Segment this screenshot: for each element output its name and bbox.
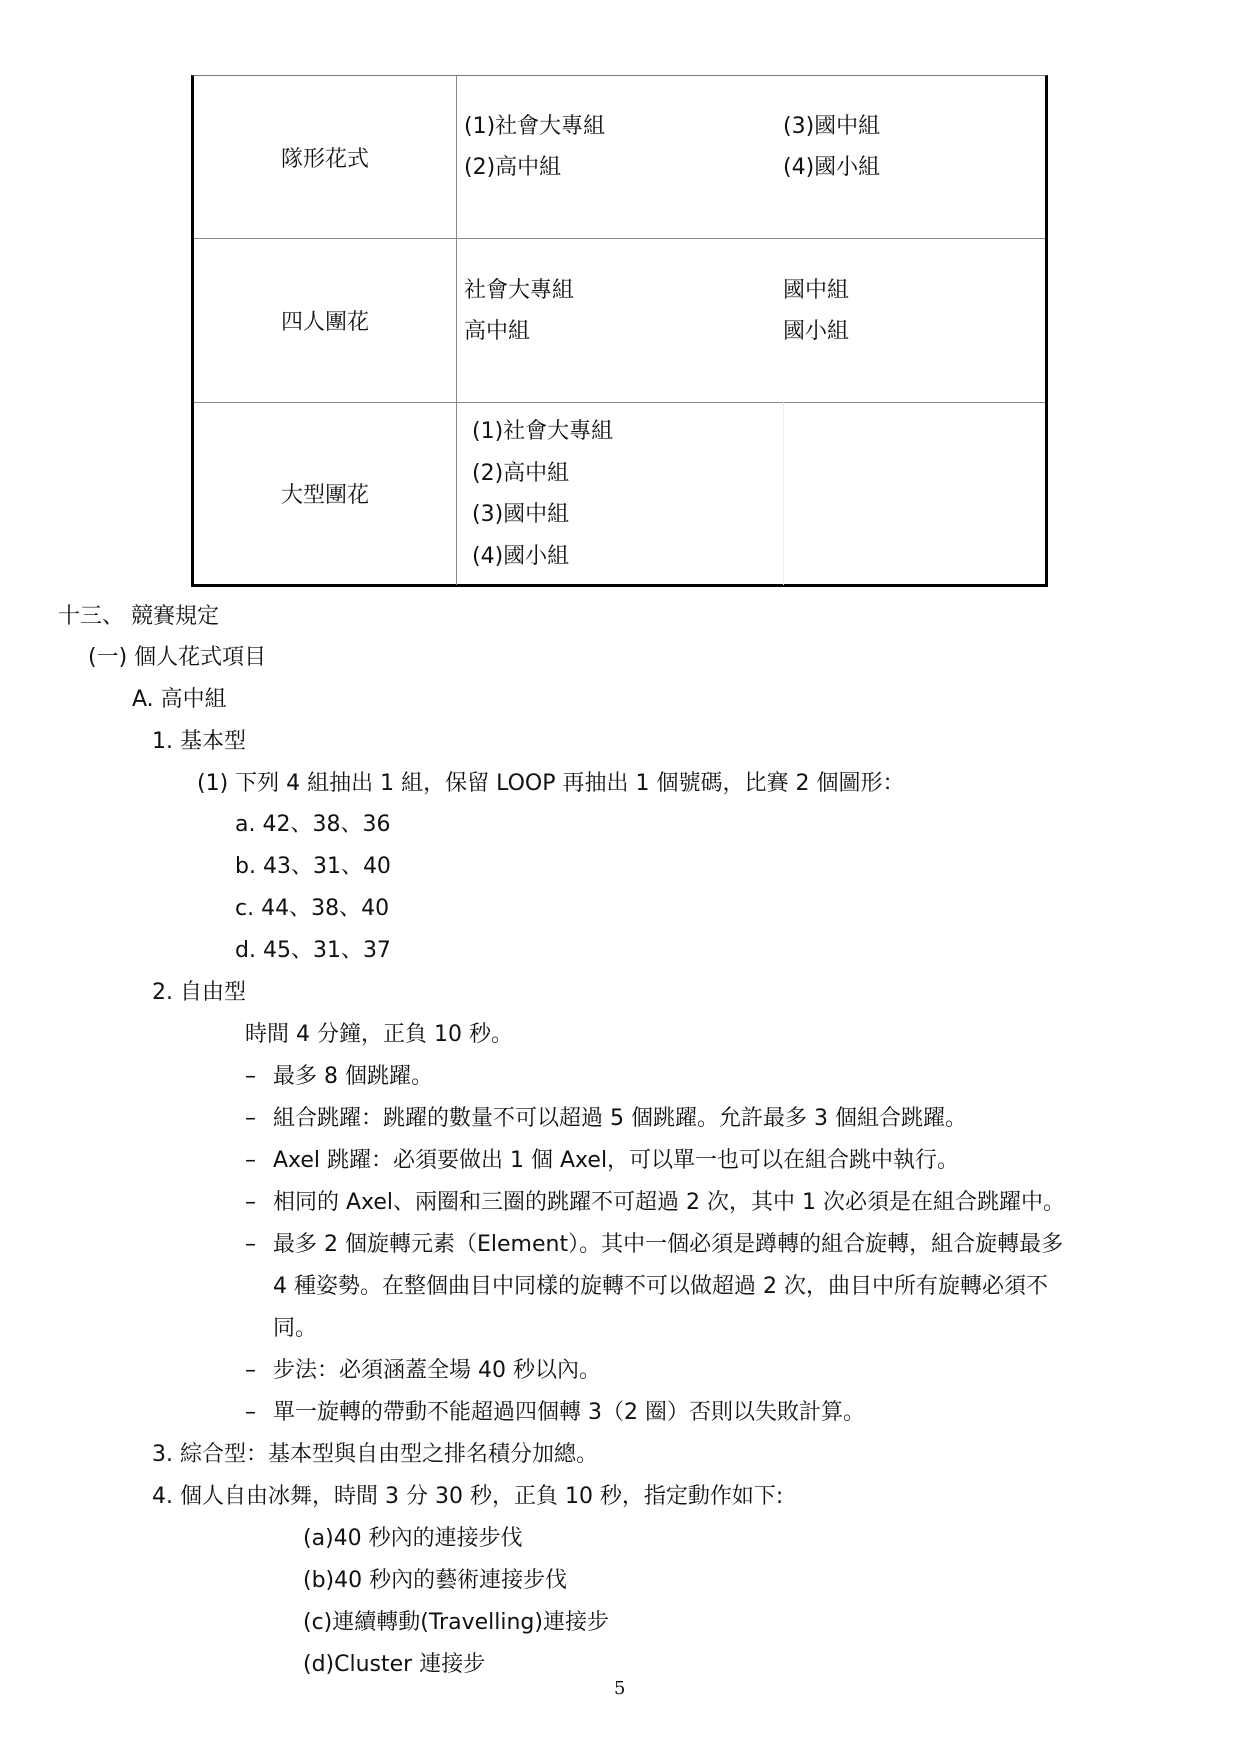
item-heading: 4. 個人自由冰舞，時間 3 分 30 秒，正負 10 秒，指定動作如下:	[152, 1483, 783, 1511]
option-item: a. 42、38、36	[235, 811, 390, 839]
rule-item: 單一旋轉的帶動不能超過四個轉 3（2 圈）否則以失敗計算。	[273, 1399, 865, 1427]
option-item: d. 45、31、37	[235, 937, 391, 965]
group-item: (2)高中組	[472, 461, 569, 487]
bullet-dash: –	[245, 1105, 256, 1133]
group-item: (1)社會大專組	[472, 419, 613, 445]
item-heading: 1. 基本型	[152, 728, 246, 756]
rule-item: 組合跳躍：跳躍的數量不可以超過 5 個跳躍。允許最多 3 個組合跳躍。	[273, 1105, 967, 1133]
rule-item: 步法：必須涵蓋全場 40 秒以內。	[273, 1357, 601, 1385]
rule-text: (1) 下列 4 組抽出 1 組，保留 LOOP 再抽出 1 個號碼，比賽 2 …	[197, 770, 904, 798]
group-item: 高中組	[464, 319, 530, 345]
table-row: 大型團花 (1)社會大專組 (2)高中組 (3)國中組 (4)國小組	[194, 402, 1045, 585]
group-heading: A. 高中組	[132, 686, 227, 714]
subsection-heading: (一) 個人花式項目	[88, 644, 266, 672]
time-text: 時間 4 分鐘，正負 10 秒。	[245, 1021, 513, 1049]
section-heading: 十三、 競賽規定	[58, 603, 219, 631]
element-item: (b)40 秒內的藝術連接步伐	[303, 1567, 567, 1595]
table-row: 四人團花 社會大專組 高中組 國中組 國小組	[194, 238, 1045, 403]
rule-item: 最多 2 個旋轉元素（Element）。其中一個必須是蹲轉的組合旋轉，組合旋轉最…	[273, 1231, 1063, 1259]
bullet-dash: –	[245, 1357, 256, 1385]
rule-item-continued: 4 種姿勢。在整個曲目中同樣的旋轉不可以做超過 2 次，曲目中所有旋轉必須不	[273, 1273, 1048, 1301]
group-item: 國小組	[783, 319, 849, 345]
bullet-dash: –	[245, 1189, 256, 1217]
bullet-dash: –	[245, 1231, 256, 1259]
category-table: 隊形花式 (1)社會大專組 (2)高中組 (3)國中組 (4)國小組 四人團花 …	[191, 75, 1048, 587]
group-item: (1)社會大專組	[464, 114, 605, 140]
group-item: (4)國小組	[472, 544, 569, 570]
group-item: (4)國小組	[783, 155, 880, 181]
group-item: 國中組	[783, 278, 849, 304]
group-item: (3)國中組	[472, 502, 569, 528]
bullet-dash: –	[245, 1063, 256, 1091]
group-item: 社會大專組	[464, 278, 574, 304]
element-item: (d)Cluster 連接步	[303, 1651, 485, 1679]
item-heading: 2. 自由型	[152, 979, 246, 1007]
rule-item: 最多 8 個跳躍。	[273, 1063, 433, 1091]
page-number: 5	[614, 1678, 625, 1699]
group-item: (3)國中組	[783, 114, 880, 140]
bullet-dash: –	[245, 1147, 256, 1175]
event-name: 四人團花	[194, 238, 457, 402]
rule-item-continued: 同。	[273, 1315, 317, 1343]
element-item: (c)連續轉動(Travelling)連接步	[303, 1609, 609, 1637]
rule-item: 相同的 Axel、兩圈和三圈的跳躍不可超過 2 次，其中 1 次必須是在組合跳躍…	[273, 1189, 1065, 1217]
event-name: 大型團花	[194, 402, 457, 585]
table-row: 隊形花式 (1)社會大專組 (2)高中組 (3)國中組 (4)國小組	[194, 76, 1045, 239]
element-item: (a)40 秒內的連接步伐	[303, 1525, 523, 1553]
option-item: c. 44、38、40	[235, 895, 389, 923]
rule-item: Axel 跳躍：必須要做出 1 個 Axel，可以單一也可以在組合跳中執行。	[273, 1147, 959, 1175]
bullet-dash: –	[245, 1399, 256, 1427]
item-heading: 3. 綜合型：基本型與自由型之排名積分加總。	[152, 1441, 598, 1469]
option-item: b. 43、31、40	[235, 853, 391, 881]
group-item: (2)高中組	[464, 155, 561, 181]
event-name: 隊形花式	[194, 76, 457, 238]
